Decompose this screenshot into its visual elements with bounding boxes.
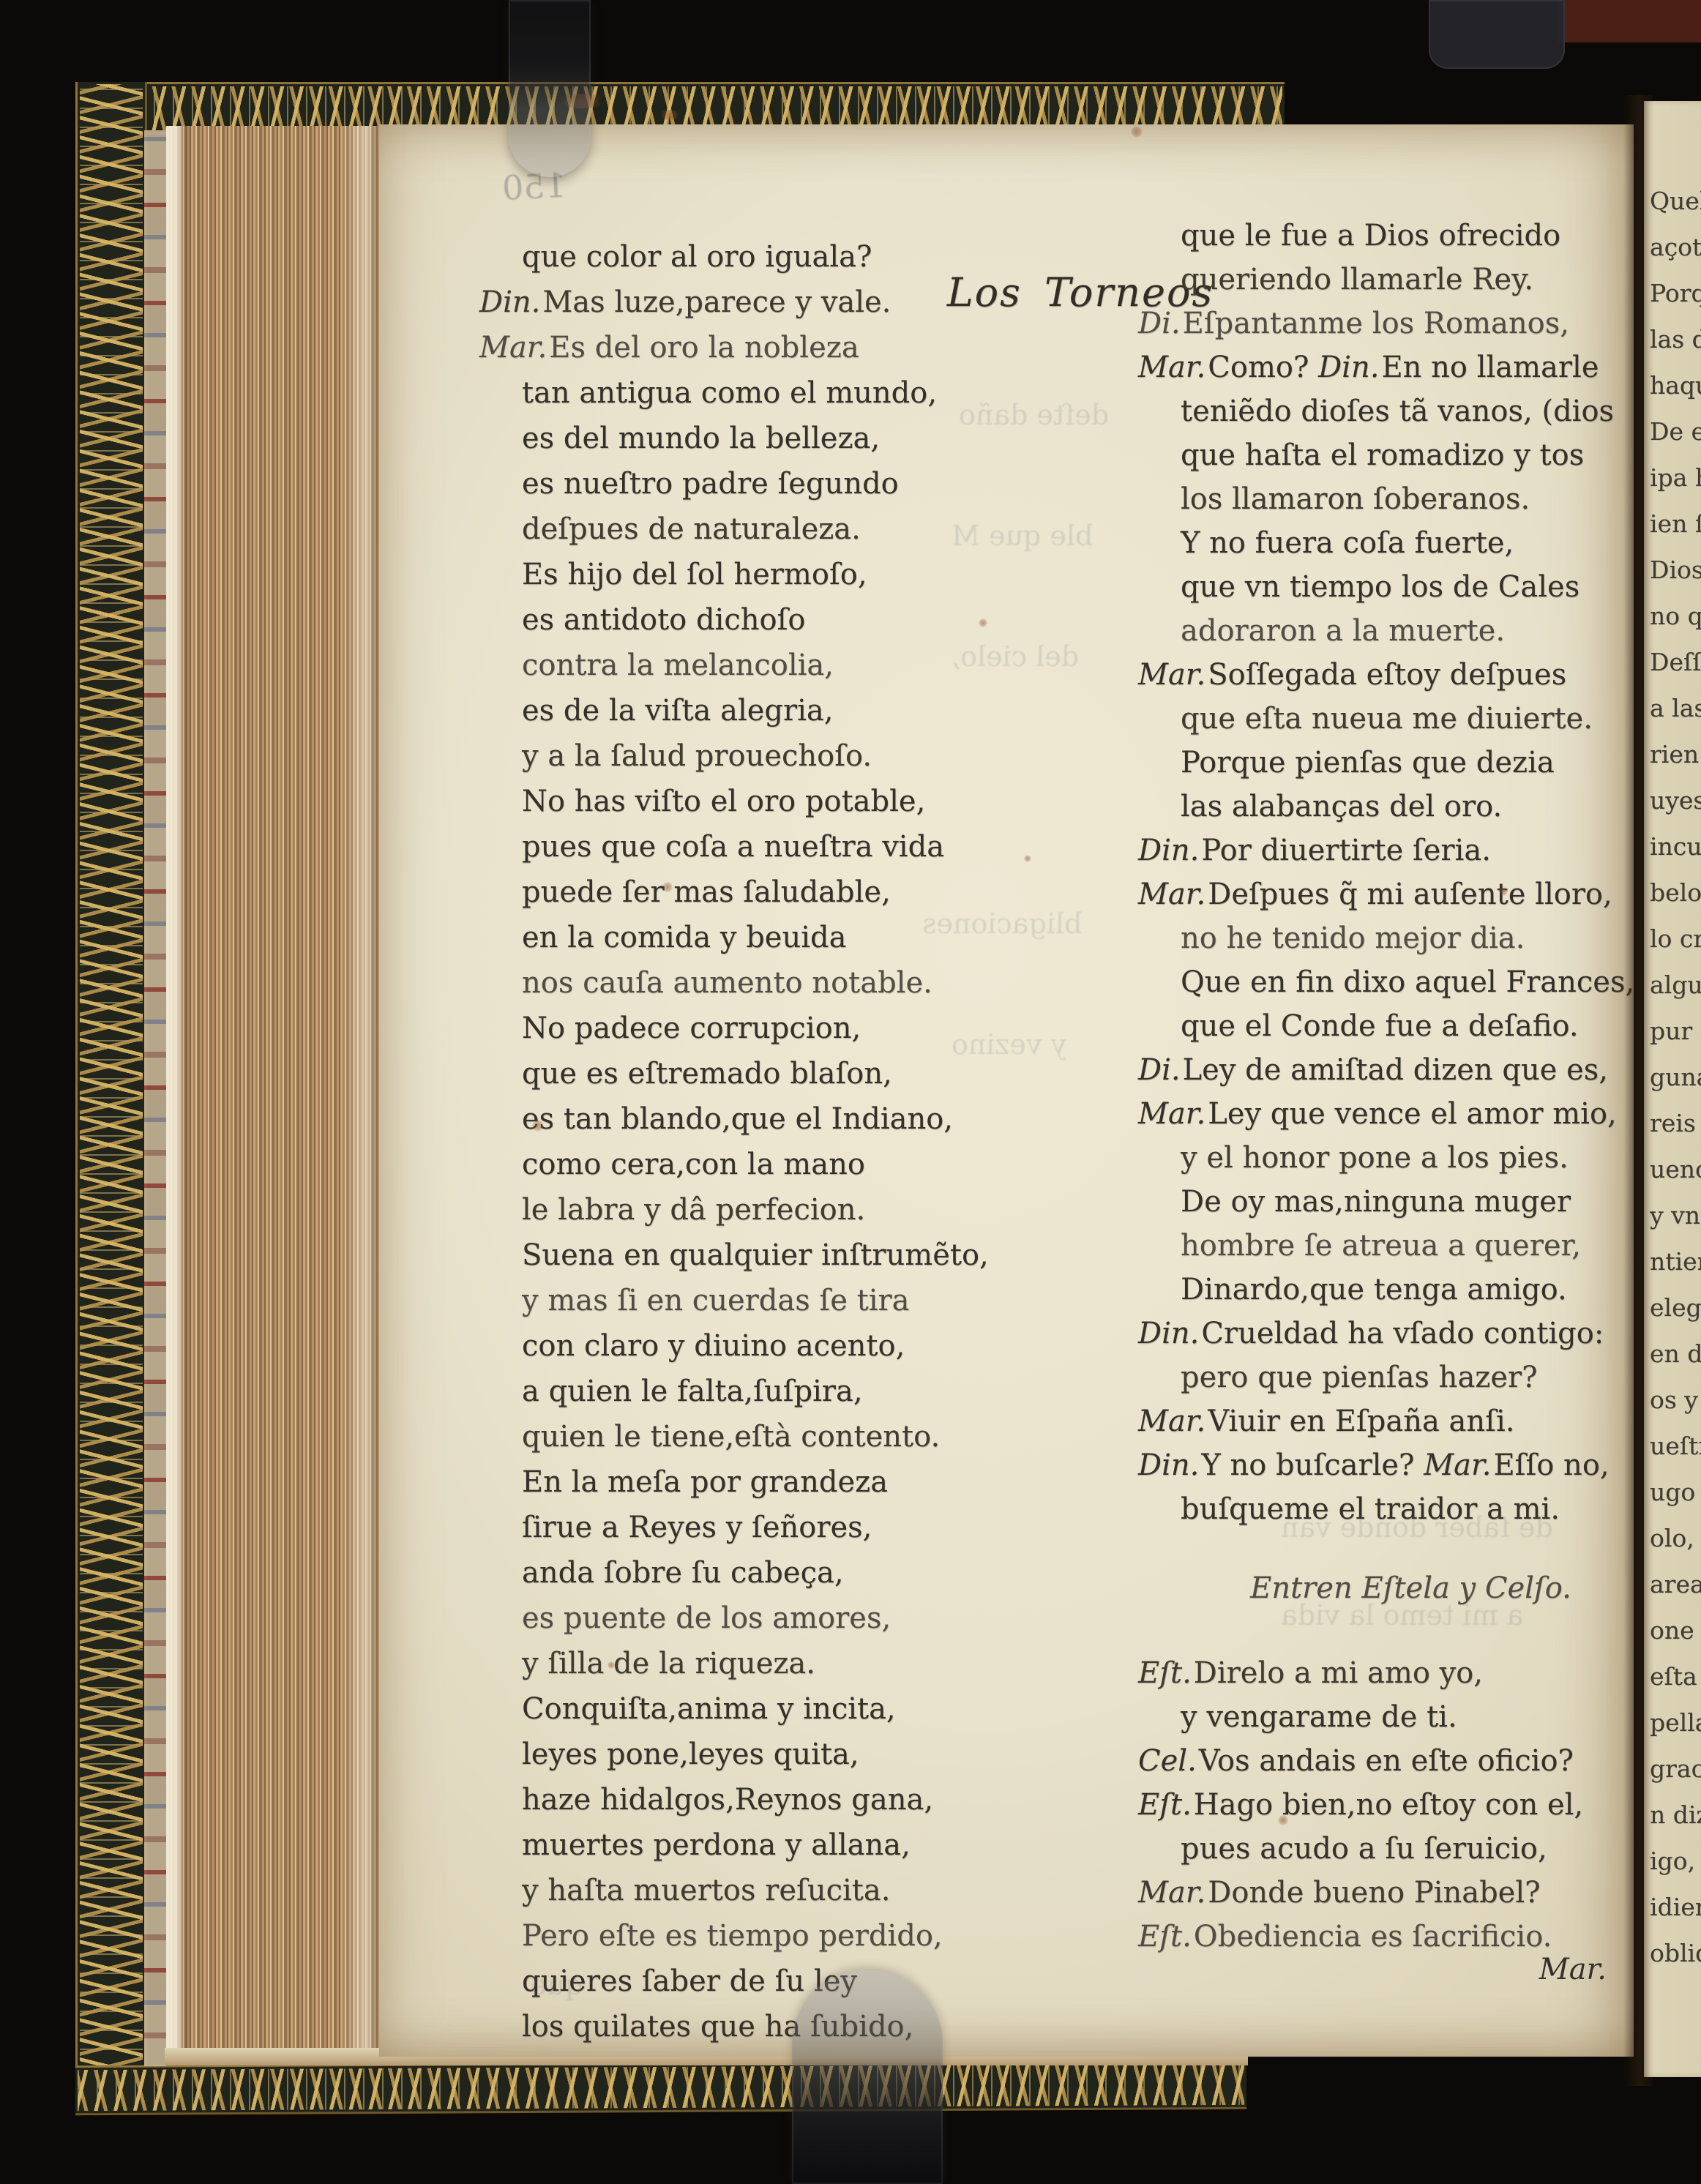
verse-text: y mas ſi en cuerdas ſe tira [522, 1284, 909, 1317]
verse-text: es de la viſta alegria, [522, 694, 834, 728]
verse-text: y el honor pone a los pies. [1181, 1141, 1569, 1175]
next-page-text-fragment: Porque, Ca [1650, 279, 1701, 307]
verse-line: que color al oro iguala? [522, 234, 937, 280]
speaker-abbreviation: Mar. [1138, 351, 1208, 384]
next-page-text-fragment: idiendo [1650, 1893, 1701, 1921]
verse-line: Porque pienſas que dezia [1181, 741, 1643, 785]
speaker-abbreviation: Mar. [1138, 878, 1208, 911]
verse-line: como cera,con la mano [522, 1142, 937, 1187]
next-page-text-fragment: pella a [1650, 1708, 1701, 1737]
verse-line: puede ſer mas ſaludable, [522, 870, 937, 915]
verse-line: tan antigua como el mundo, [522, 370, 937, 416]
marbled-endpaper-strip [144, 130, 166, 2066]
verse-line: no he tenido mejor dia. [1181, 916, 1643, 960]
verse-line: es de la viſta alegria, [522, 688, 937, 733]
next-page-text-fragment: ien ſegura [1650, 509, 1701, 538]
verse-line: pero que pienſas hazer? [1181, 1355, 1643, 1399]
catchword: Mar. [1138, 1953, 1607, 1986]
next-page-text-fragment: inculpa aq [1650, 832, 1701, 861]
foxing-spot [1278, 1815, 1288, 1825]
verse-text: Y no fuera coſa fuerte, [1181, 526, 1514, 560]
verse-text: Direlo a mi amo yo, [1194, 1656, 1483, 1690]
verse-line: hombre ſe atreua a querer, [1181, 1224, 1643, 1268]
verse-line: quien le tiene,eſtà contento. [522, 1414, 937, 1459]
next-page-text-fragment: no quedau [1650, 602, 1701, 630]
verse-text: De oy mas,ninguna muger [1181, 1185, 1571, 1219]
verse-text: ſirue a Reyes y ſeñores, [522, 1511, 872, 1544]
verse-line: y a la ſalud prouechoſo. [522, 733, 937, 779]
verse-line: Mar.Deſpues q̃ mi auſente lloro, [1181, 872, 1643, 916]
speaker-abbreviation: Din. [1138, 1317, 1201, 1350]
cradle-clamp-bottom [792, 1970, 943, 2184]
verse-line: Din.Crueldad ha vſado contigo: [1181, 1312, 1643, 1355]
speaker-abbreviation: Eſt. [1138, 1920, 1194, 1953]
next-page-text-fragment: igo, F. [1650, 1847, 1701, 1875]
verse-line: Mar.Donde bueno Pinabel? [1181, 1871, 1643, 1915]
next-page-text-fragment: guna. [1650, 1063, 1701, 1091]
verse-text: que el Conde fue a deſafio. [1181, 1009, 1579, 1043]
verse-text: que color al oro iguala? [522, 240, 872, 274]
next-page-text-fragment: olo, [1650, 1524, 1694, 1552]
verse-line: Mar.Es del oro la nobleza [522, 325, 937, 370]
verse-text: y haſta muertos reſucita. [522, 1874, 890, 1907]
next-page-text-fragment: areall [1650, 1570, 1701, 1598]
verse-text: es del mundo la belleza, [522, 422, 880, 455]
verse-text: Ley que vence el amor mio, [1208, 1097, 1617, 1131]
verse-line: haze hidalgos,Reynos gana, [522, 1777, 937, 1822]
verse-line: las alabanças del oro. [1181, 785, 1643, 829]
foxing-spot [1024, 855, 1031, 862]
next-page-text-fragment: one quie [1650, 1616, 1701, 1645]
verse-text: tan antigua como el mundo, [522, 376, 937, 410]
verse-text: Crueldad ha vſado contigo: [1201, 1317, 1604, 1350]
verse-line: que haſta el romadizo y tos [1181, 433, 1643, 477]
verse-line: Di.Ley de amiſtad dizen que es, [1181, 1048, 1643, 1092]
verse-text: Mas luze,parece y vale. [542, 285, 891, 319]
verse-line: Din.Mas luze,parece y vale. [522, 280, 937, 325]
verse-text: Eſpantanme los Romanos, [1183, 307, 1569, 340]
verse-text: quien le tiene,eſtà contento. [522, 1420, 940, 1454]
verse-line: y vengarame de ti. [1181, 1695, 1643, 1739]
foxing-spot [1131, 126, 1143, 138]
speaker-abbreviation: Cel. [1138, 1744, 1199, 1778]
verse-text: haze hidalgos,Reynos gana, [522, 1783, 933, 1817]
cradle-clamp-top-right [1429, 0, 1565, 69]
verse-line: Eſt.Obediencia es ſacrificio. [1181, 1915, 1643, 1959]
verse-text: Es hijo del ſol hermoſo, [522, 558, 867, 591]
verse-text: Que en fin dixo aquel Frances, [1181, 965, 1634, 999]
verse-text: muertes perdona y allana, [522, 1828, 911, 1862]
cradle-clamp-top-left [509, 0, 591, 177]
verse-line: Mar.Como? Din.En no llamarle [1181, 345, 1643, 389]
verse-line: que vn tiempo los de Cales [1181, 565, 1643, 609]
verse-text: queriendo llamarle Rey. [1181, 263, 1533, 296]
verse-line: es puente de los amores, [522, 1596, 937, 1641]
verse-line: muertes perdona y allana, [522, 1822, 937, 1868]
verse-text: deſpues de naturaleza. [522, 512, 861, 546]
verse-line: que es eſtremado blaſon, [522, 1051, 937, 1096]
verse-text: leyes pone,leyes quita, [522, 1738, 859, 1771]
speaker-abbreviation: Din. [479, 285, 542, 319]
ink-showthrough-fragment: ble que M [952, 520, 1093, 552]
verse-text: no he tenido mejor dia. [1181, 921, 1525, 955]
book-scan: Los Torneos 150 que color al oro iguala?… [0, 0, 1701, 2184]
speaker-abbreviation: Din. [1138, 1448, 1201, 1482]
next-page-text-fragment: ntiene e [1650, 1247, 1701, 1276]
verse-line: con claro y diuino acento, [522, 1323, 937, 1369]
ink-showthrough-fragment: de ſaber donde van [1281, 1511, 1553, 1544]
verse-text: que es eſtremado blaſon, [522, 1057, 892, 1091]
foxing-spot [659, 110, 681, 120]
verse-text: y a la ſalud prouechoſo. [522, 739, 872, 773]
verse-line: Y no fuera coſa fuerte, [1181, 521, 1643, 565]
next-page-text-fragment: alguna li [1650, 971, 1701, 999]
verse-text: es nueſtro padre ſegundo [522, 467, 899, 501]
foxing-spot [1499, 887, 1508, 896]
next-page-text-fragment: pur diez, [1650, 1017, 1701, 1045]
speaker-abbreviation: Mar. [1424, 1448, 1493, 1482]
verse-text: Ley de amiſtad dizen que es, [1183, 1053, 1608, 1087]
speaker-abbreviation: Mar. [479, 331, 549, 364]
verse-text: Pero eſte es tiempo perdido, [522, 1919, 943, 1953]
verse-text: No has viſto el oro potable, [522, 785, 925, 818]
ink-showthrough-fragment: bligaciones [922, 908, 1082, 940]
verse-line: Dinardo,que tenga amigo. [1181, 1268, 1643, 1312]
left-text-column: que color al oro iguala?Din.Mas luze,par… [479, 234, 937, 2049]
verse-line: Conquiſta,anima y incita, [522, 1686, 937, 1732]
next-page-text-fragment: elegate a [1650, 1293, 1701, 1322]
verse-text: Eſſo no, [1493, 1448, 1609, 1482]
verse-line: nos cauſa aumento notable. [522, 960, 937, 1006]
verse-line: ſirue a Reyes y ſeñores, [522, 1505, 937, 1550]
verse-line: Eſt.Direlo a mi amo yo, [1181, 1651, 1643, 1695]
verse-line: Din.Por diuertirte ſeria. [1181, 829, 1643, 872]
verse-line: le labra y dâ perfecion. [522, 1187, 937, 1233]
verse-line: Eſt.Hago bien,no eſtoy con el, [1181, 1783, 1643, 1827]
verse-line: y el honor pone a los pies. [1181, 1136, 1643, 1180]
verse-line: es tan blando,que el Indiano, [522, 1096, 937, 1142]
next-page-text-fragment: os y dios [1650, 1385, 1701, 1414]
verse-line: que le fue a Dios ofrecido [1181, 214, 1643, 258]
verse-text: pues que coſa a nueſtra vida [522, 830, 944, 864]
verse-text: que le fue a Dios ofrecido [1181, 219, 1560, 253]
verse-line: Mar.Viuir en Eſpaña anſi. [1181, 1399, 1643, 1443]
next-page-text-fragment: uyes co [1650, 786, 1701, 815]
verse-text: Soſſegada eſtoy deſpues [1208, 658, 1566, 692]
verse-line: Cel.Vos andais en eſte oficio? [1181, 1739, 1643, 1783]
next-page-text-fragment: Dios amo [1650, 556, 1701, 584]
next-page-sliver: Quele hasaçotado.Porque, Calas damashaqu… [1644, 101, 1701, 2077]
binding-gilt-bottom-edge [75, 2060, 1246, 2115]
next-page-text-fragment: ugo tras [1650, 1478, 1701, 1506]
verse-text: es antidoto dichoſo [522, 603, 805, 637]
verse-text: que haſta el romadizo y tos [1181, 438, 1584, 472]
verse-line: en la comida y beuida [522, 915, 937, 960]
next-page-text-fragment: las damas [1650, 325, 1701, 354]
verse-text: No padece corrupcion, [522, 1011, 861, 1045]
verse-line: y ſilla de la riqueza. [522, 1641, 937, 1686]
verse-line: a quien le falta,ſuſpira, [522, 1369, 937, 1414]
verse-line: Mar.Ley que vence el amor mio, [1181, 1092, 1643, 1136]
verse-text: los llamaron ſoberanos. [1181, 482, 1530, 516]
speaker-abbreviation: Mar. [1138, 1876, 1208, 1910]
verse-text: nos cauſa aumento notable. [522, 966, 932, 1000]
next-page-text-fragment: oblidad [1650, 1939, 1701, 1967]
verse-text: En no llamarle [1381, 351, 1599, 384]
verse-text: que vn tiempo los de Cales [1181, 570, 1579, 604]
verse-line: pues acudo a ſu ſeruicio, [1181, 1827, 1643, 1871]
verse-line: En la meſa por grandeza [522, 1459, 937, 1505]
ink-showthrough-fragment: deſte daño [959, 399, 1109, 431]
right-text-column: que le fue a Dios ofrecidoqueriendo llam… [1138, 214, 1643, 1959]
speaker-abbreviation: Din. [1318, 351, 1381, 384]
verse-text: teniẽdo dioſes tã vanos, (dios [1181, 394, 1614, 428]
verse-line: leyes pone,leyes quita, [522, 1732, 937, 1777]
verse-line: Pero eſte es tiempo perdido, [522, 1913, 937, 1959]
next-page-text-fragment: rien eſtou [1650, 740, 1701, 768]
verse-text: Deſpues q̃ mi auſente lloro, [1208, 878, 1612, 911]
verse-line: Es hijo del ſol hermoſo, [522, 552, 937, 597]
verse-line: y mas ſi en cuerdas ſe tira [522, 1278, 937, 1323]
verse-text: Viuir en Eſpaña anſi. [1208, 1405, 1514, 1438]
verse-text: Dinardo,que tenga amigo. [1181, 1273, 1567, 1306]
verse-line: queriendo llamarle Rey. [1181, 258, 1643, 302]
next-page-text-fragment: reis que [1650, 1109, 1701, 1137]
verse-text: pues acudo a ſu ſeruicio, [1181, 1832, 1547, 1866]
verse-text: puede ſer mas ſaludable, [522, 875, 891, 909]
next-page-text-fragment: lo creo, [1650, 924, 1701, 953]
next-page-text-fragment: ueſtra, F [1650, 1432, 1701, 1460]
verse-text: hombre ſe atreua a querer, [1181, 1229, 1581, 1263]
text-block-fore-edge [166, 126, 381, 2065]
verse-line: pues que coſa a nueſtra vida [522, 824, 937, 870]
next-page-text-fragment: a las dam [1650, 694, 1701, 722]
verse-text: le labra y dâ perfecion. [522, 1193, 865, 1227]
verse-text: Obediencia es ſacrificio. [1194, 1920, 1552, 1953]
verse-line: De oy mas,ninguna muger [1181, 1180, 1643, 1224]
speaker-abbreviation: Eſt. [1138, 1788, 1194, 1822]
verse-line: los llamaron ſoberanos. [1181, 477, 1643, 521]
verse-text: con claro y diuino acento, [522, 1329, 905, 1363]
binding-gilt-board-edge [75, 82, 147, 2109]
foxing-spot [532, 1120, 544, 1132]
next-page-text-fragment: ipa huuie [1650, 463, 1701, 492]
verse-text: y vengarame de ti. [1181, 1700, 1457, 1734]
next-page-text-fragment: haqueſta ta [1650, 371, 1701, 400]
next-page-text-fragment: De eſſe de [1650, 417, 1701, 446]
speaker-abbreviation: Di. [1138, 1053, 1183, 1087]
verse-text: Donde bueno Pinabel? [1208, 1876, 1540, 1910]
verse-text: Hago bien,no eſtoy con el, [1194, 1788, 1583, 1822]
verse-line: No padece corrupcion, [522, 1006, 937, 1051]
verse-text: pero que pienſas hazer? [1181, 1361, 1538, 1394]
verse-text: Y no buſcarle? [1201, 1448, 1424, 1482]
next-page-text-fragment: y vna [1650, 1201, 1701, 1230]
verse-text: a quien le falta,ſuſpira, [522, 1375, 863, 1408]
next-page-text-fragment: gracia v [1650, 1754, 1701, 1783]
verse-text: es tan blando,que el Indiano, [522, 1102, 953, 1136]
ink-showthrough-fragment: y vezino [952, 1028, 1066, 1061]
ink-showthrough-fragment: a mi temo la vida [1281, 1599, 1523, 1631]
speaker-abbreviation: Din. [1138, 834, 1201, 867]
verse-line: Mar.Soſſegada eſtoy deſpues [1181, 653, 1643, 697]
book-page: Los Torneos 150 que color al oro iguala?… [379, 124, 1634, 2057]
verse-text: Conquiſta,anima y incita, [522, 1692, 896, 1726]
verse-line: deſpues de naturaleza. [522, 506, 937, 552]
verse-text: anda ſobre ſu cabeça, [522, 1556, 844, 1590]
verse-line: teniẽdo dioſes tã vanos, (dios [1181, 389, 1643, 433]
verse-text: contra la melancolia, [522, 648, 834, 682]
next-page-text-fragment: açotado. [1650, 233, 1701, 261]
verse-text: las alabanças del oro. [1181, 790, 1502, 823]
verse-line: Din.Y no buſcarle? Mar.Eſſo no, [1181, 1443, 1643, 1487]
verse-line: es antidoto dichoſo [522, 597, 937, 643]
verse-text: como cera,con la mano [522, 1148, 865, 1181]
next-page-text-fragment: eſta a C [1650, 1662, 1701, 1691]
next-page-text-fragment: en dam [1650, 1339, 1701, 1368]
verse-line: Di.Eſpantanme los Romanos, [1181, 302, 1643, 345]
verse-text: en la comida y beuida [522, 921, 846, 954]
verse-text: Por diuertirte ſeria. [1201, 834, 1491, 867]
verse-line: Que en fin dixo aquel Frances, [1181, 960, 1643, 1004]
next-page-text-fragment: belo,Cel. [1650, 878, 1701, 907]
verse-text: y ſilla de la riqueza. [522, 1647, 815, 1680]
next-page-text-fragment: ueno, g [1650, 1155, 1701, 1183]
verse-text: Porque pienſas que dezia [1181, 746, 1555, 779]
verse-line: es del mundo la belleza, [522, 416, 937, 461]
verse-line: anda ſobre ſu cabeça, [522, 1550, 937, 1596]
verse-text: Como? [1208, 351, 1318, 384]
verse-text: que eſta nueua me diuierte. [1181, 702, 1593, 736]
verse-line: que el Conde fue a deſafio. [1181, 1004, 1643, 1048]
verse-text: es puente de los amores, [522, 1601, 891, 1635]
verse-line: No has viſto el oro potable, [522, 779, 937, 824]
verse-line: adoraron a la muerte. [1181, 609, 1643, 653]
spine-strip [1558, 0, 1701, 42]
speaker-abbreviation: Di. [1138, 307, 1183, 340]
foxing-spot [662, 882, 673, 892]
verse-line: Suena en qualquier inſtrumẽto, [522, 1233, 937, 1278]
verse-text: Es del oro la nobleza [549, 331, 859, 364]
ink-showthrough-fragment: que [531, 1969, 583, 2001]
next-page-text-fragment: Deſſo ten [1650, 648, 1701, 676]
foxing-spot [607, 1661, 615, 1669]
speaker-abbreviation: Mar. [1138, 658, 1208, 692]
verse-text: Suena en qualquier inſtrumẽto, [522, 1238, 989, 1272]
verse-line: es nueſtro padre ſegundo [522, 461, 937, 506]
speaker-abbreviation: Eſt. [1138, 1656, 1194, 1690]
verse-line: y haſta muertos reſucita. [522, 1868, 937, 1913]
ink-showthrough-fragment: del cielo, [952, 640, 1079, 673]
verse-text: Vos andais en eſte oficio? [1199, 1744, 1574, 1778]
verse-line: contra la melancolia, [522, 643, 937, 688]
verse-line: que eſta nueua me diuierte. [1181, 697, 1643, 741]
next-page-text-fragment: Quele has [1650, 187, 1701, 215]
speaker-abbreviation: Mar. [1138, 1405, 1208, 1438]
next-page-text-fragment: n dizes q [1650, 1800, 1701, 1829]
verse-text: En la meſa por grandeza [522, 1465, 888, 1499]
foxing-spot [979, 618, 987, 627]
speaker-abbreviation: Mar. [1138, 1097, 1208, 1131]
verse-text: adoraron a la muerte. [1181, 614, 1505, 648]
